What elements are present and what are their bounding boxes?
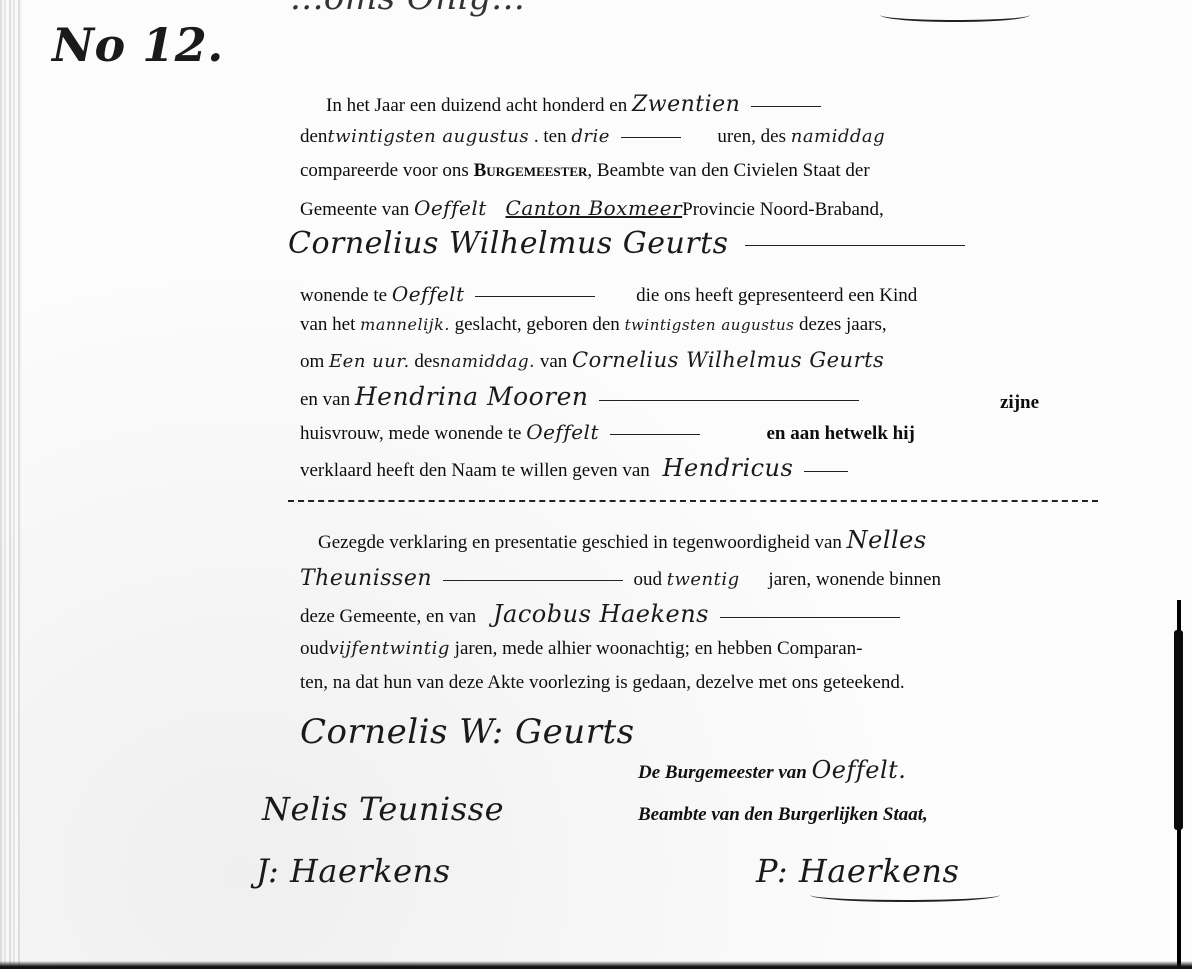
fill-line <box>745 245 965 246</box>
p1-zijne: zijne <box>1000 392 1039 414</box>
page-binding-edge <box>0 0 22 969</box>
handwritten-canton: Canton Boxmeer <box>506 196 683 220</box>
printed-text: Provincie Noord-Braband, <box>682 199 884 220</box>
printed-text: en van <box>300 389 350 410</box>
handwritten-place: Oeffelt <box>414 196 487 220</box>
printed-text: van het <box>300 314 355 335</box>
printed-text: oud <box>300 638 329 659</box>
handwritten-witness1-surname: Theunissen <box>300 566 432 591</box>
p1-line2: dentwintigsten augustus . ten drie uren,… <box>300 126 885 148</box>
signature-mayor: P: Haerkens <box>756 852 959 890</box>
signature-declarant: Cornelis W: Geurts <box>300 712 635 752</box>
handwritten-time: namiddag. <box>440 352 535 372</box>
mayor-line2: Beambte van den Burgerlijken Staat, <box>638 804 928 826</box>
handwritten-year: Zwentien <box>632 92 740 117</box>
signature-witness2: J: Haerkens <box>256 852 451 890</box>
fill-line <box>621 137 681 138</box>
p1-line11: verklaard heeft den Naam te willen geven… <box>300 454 854 482</box>
handwritten-place: Oeffelt <box>526 420 599 444</box>
p2-line3: deze Gemeente, en van Jacobus Haekens <box>300 600 906 628</box>
printed-text: . ten <box>534 126 567 147</box>
handwritten-witness2-age: vijfentwintig <box>329 638 450 659</box>
printed-text: De Burgemeester van <box>638 762 807 783</box>
fill-line <box>475 296 595 297</box>
handwritten-declarant-name: Cornelius Wilhelmus Geurts <box>288 226 729 261</box>
record-number: No 12. <box>52 18 224 72</box>
printed-text: den <box>300 126 327 147</box>
margin-rule <box>1177 600 1181 969</box>
printed-text: ten, na dat hun van deze Akte voorlezing… <box>300 672 905 693</box>
printed-text: In het Jaar een duizend acht honderd en <box>326 95 627 116</box>
handwritten-hour: drie <box>571 126 610 147</box>
printed-text: deze Gemeente, en van <box>300 606 476 627</box>
fill-line <box>804 471 848 472</box>
printed-text: oud <box>634 569 663 590</box>
handwritten-sex: mannelijk. <box>360 315 450 334</box>
handwritten-witness1-firstname: Nelles <box>847 526 927 554</box>
handwritten-witness1-age: twentig <box>667 569 740 590</box>
printed-text: jaren, wonende binnen <box>768 569 941 590</box>
printed-text: van <box>540 351 567 372</box>
handwritten-date: twintigsten augustus <box>327 126 529 147</box>
handwritten-witness2-name: Jacobus Haekens <box>493 600 709 628</box>
fill-line <box>610 434 700 435</box>
p1-line4: Gemeente van Oeffelt Canton BoxmeerProvi… <box>300 196 884 221</box>
mayor-line1: De Burgemeester van Oeffelt. <box>638 756 906 784</box>
p1-line10: huisvrouw, mede wonende te Oeffelt en aa… <box>300 420 915 445</box>
p2-line4: oudvijfentwintig jaren, mede alhier woon… <box>300 638 863 660</box>
printed-text: en aan hetwelk hij <box>767 423 915 444</box>
printed-text: Gezegde verklaring en presentatie geschi… <box>318 532 842 553</box>
printed-text: huisvrouw, mede wonende te <box>300 423 521 444</box>
signature-flourish <box>810 888 1000 902</box>
p1-line3: compareerde voor ons Burgemeester, Beamb… <box>300 160 870 182</box>
printed-text: dezes jaars, <box>799 314 887 335</box>
handwritten-father-name: Cornelius Wilhelmus Geurts <box>572 348 884 372</box>
handwritten-birth-hour: Een uur. <box>329 351 410 372</box>
signature-witness1: Nelis Teunisse <box>262 790 504 828</box>
handwritten-child-name: Hendricus <box>663 454 794 482</box>
p1-line6: wonende te Oeffelt die ons heeft geprese… <box>300 282 917 307</box>
document-page: No 12. ...oms Onig... In het Jaar een du… <box>0 0 1192 969</box>
p2-line1: Gezegde verklaring en presentatie geschi… <box>318 526 927 554</box>
fill-line <box>751 106 821 107</box>
handwritten-birth-date: twintigsten augustus <box>625 316 795 334</box>
top-fragment: ...oms Onig... <box>290 0 525 18</box>
printed-text: compareerde voor ons <box>300 160 469 181</box>
printed-text: wonende te <box>300 285 387 306</box>
fill-line <box>443 580 623 581</box>
printed-text: Gemeente van <box>300 199 409 220</box>
section-divider <box>288 500 1098 502</box>
p1-line8: om Een uur. desnamiddag. van Cornelius W… <box>300 348 884 373</box>
handwritten-place: Oeffelt <box>392 282 465 306</box>
p1-line1: In het Jaar een duizend acht honderd en … <box>326 92 827 117</box>
p1-line7: van het mannelijk. geslacht, geboren den… <box>300 314 887 336</box>
p2-line2: Theunissen oud twentig jaren, wonende bi… <box>300 566 941 591</box>
handwritten-time: namiddag <box>791 126 885 147</box>
printed-text: des <box>414 351 439 372</box>
top-flourish <box>880 8 1030 22</box>
printed-text: jaren, mede alhier woonachtig; en hebben… <box>455 638 863 659</box>
printed-title: Burgemeester <box>474 160 588 181</box>
p2-line5: ten, na dat hun van deze Akte voorlezing… <box>300 672 905 694</box>
printed-text: om <box>300 351 324 372</box>
p1-line5: Cornelius Wilhelmus Geurts <box>288 226 971 261</box>
p1-line9: en van Hendrina Mooren <box>300 382 865 411</box>
fill-line <box>720 617 900 618</box>
fill-line <box>599 400 859 401</box>
page-bottom-edge <box>0 961 1192 969</box>
printed-text: geslacht, geboren den <box>455 314 620 335</box>
printed-text: , Beambte van den Civielen Staat der <box>587 160 869 181</box>
handwritten-place: Oeffelt. <box>812 756 907 784</box>
printed-text: die ons heeft gepresenteerd een Kind <box>636 285 917 306</box>
printed-text: uren, des <box>717 126 786 147</box>
handwritten-mother-name: Hendrina Mooren <box>355 382 589 411</box>
printed-text: verklaard heeft den Naam te willen geven… <box>300 460 650 481</box>
